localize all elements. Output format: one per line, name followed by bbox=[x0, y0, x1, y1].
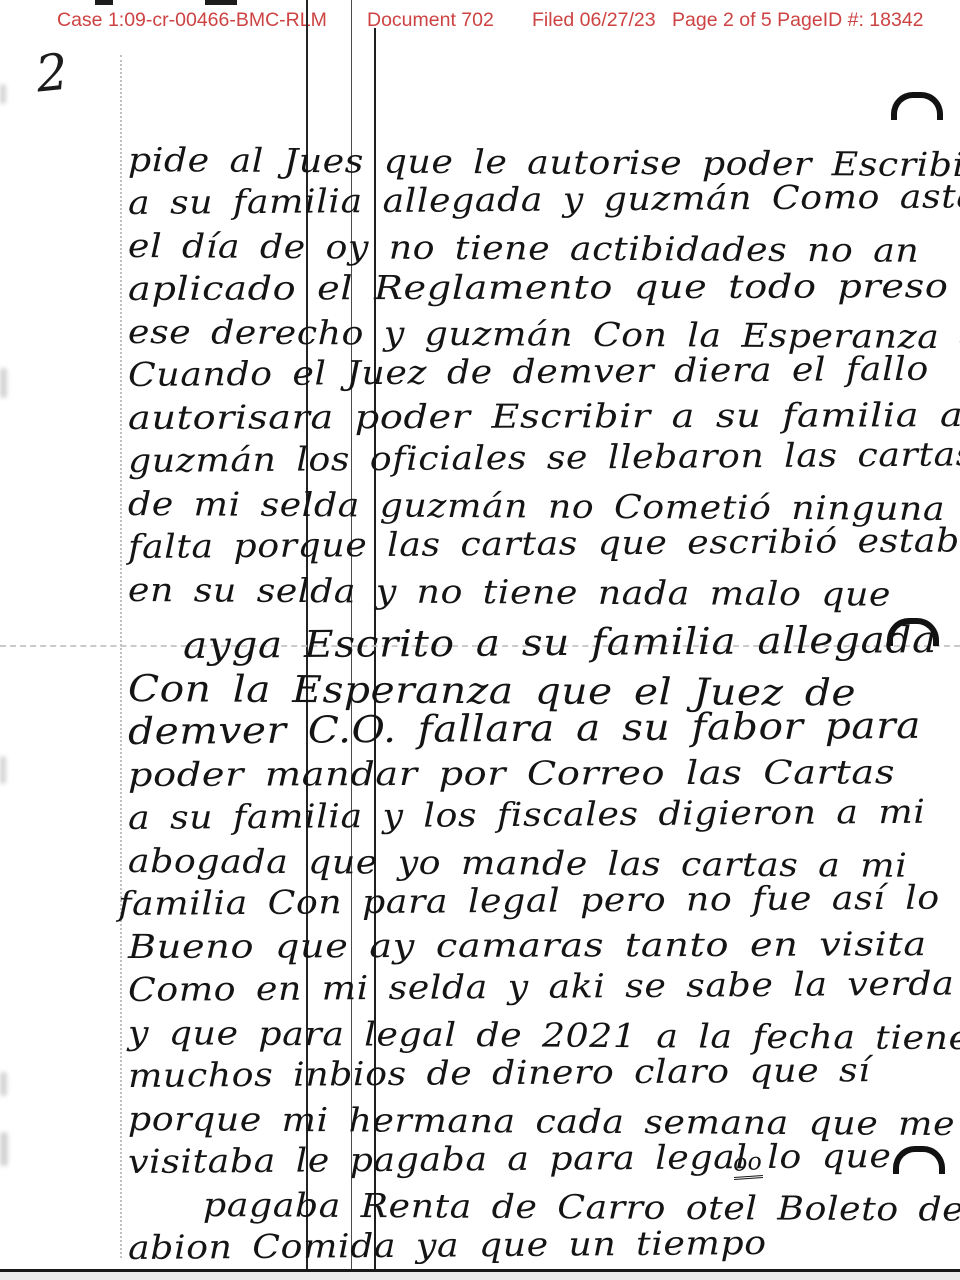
handwritten-line: familia Con para legal pero no fue así l… bbox=[118, 875, 960, 925]
handwritten-line: poder mandar por Correo las Cartas bbox=[128, 750, 960, 796]
handwritten-line: demver C.O. fallara a su fabor para bbox=[128, 703, 960, 753]
handwritten-line: a su familia allegada y guzmán Como asta bbox=[128, 174, 960, 224]
handwritten-line: a su familia y los fiscales digieron a m… bbox=[128, 789, 960, 839]
case-number: Case 1:09-cr-00466-BMC-RLM bbox=[57, 9, 327, 33]
handwritten-line: ayga Escrito a su familia allegada bbox=[183, 617, 960, 667]
scan-smudge bbox=[0, 84, 6, 104]
scan-smudge bbox=[0, 1072, 7, 1096]
scan-bottom-strip bbox=[0, 1272, 960, 1280]
handwritten-letter: pide al Jues que le autorise poder Escri… bbox=[128, 138, 960, 1269]
scan-smudge bbox=[0, 756, 6, 784]
handwritten-line: Cuando el Juez de demver diera el fallo bbox=[128, 346, 960, 396]
filed-date: Filed 06/27/23 bbox=[532, 9, 656, 33]
handwritten-line: aplicado el Reglamento que todo preso ti… bbox=[128, 264, 960, 310]
handwritten-correction-oo: oo bbox=[732, 1147, 763, 1180]
handwritten-line: abion Comida ya que un tiempo bbox=[128, 1219, 960, 1269]
hole-punch-shadow-top bbox=[891, 92, 943, 120]
scan-edge-mark bbox=[95, 0, 113, 5]
scan-edge-mark bbox=[205, 0, 237, 5]
handwritten-line: en su selda y no tiene nada malo que bbox=[128, 568, 960, 617]
handwritten-line: muchos inbios de dinero claro que sí bbox=[128, 1047, 960, 1097]
handwritten-line: Como en mi selda y aki se sabe la verda bbox=[128, 961, 960, 1011]
handwritten-page-number: 2 bbox=[33, 42, 71, 103]
scan-smudge bbox=[0, 1132, 8, 1166]
handwritten-line: guzmán los oficiales se llebaron las car… bbox=[128, 432, 960, 482]
page-id: Page 2 of 5 PageID #: 18342 bbox=[672, 9, 924, 33]
left-margin-dotted-line bbox=[120, 55, 122, 1258]
scan-smudge bbox=[0, 368, 7, 398]
handwritten-line: falta porque las cartas que escribió est… bbox=[128, 518, 960, 568]
handwritten-line: autorisara poder Escribir a su familia a… bbox=[128, 393, 960, 439]
document-number: Document 702 bbox=[367, 9, 494, 33]
handwritten-line: Bueno que ay camaras tanto en visita bbox=[128, 922, 960, 968]
scanned-court-document-page: Case 1:09-cr-00466-BMC-RLM Document 702 … bbox=[0, 0, 960, 1280]
handwritten-line: visitaba le pagaba a para legal lo que bbox=[128, 1133, 960, 1183]
